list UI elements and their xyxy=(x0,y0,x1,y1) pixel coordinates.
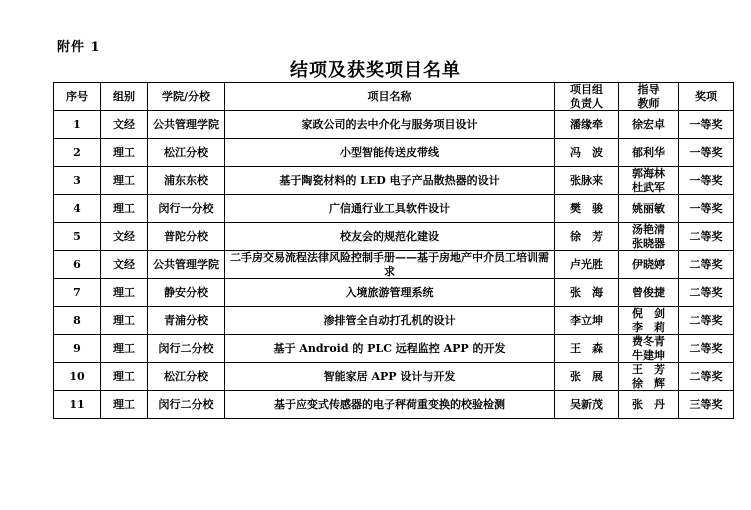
document-page: 附件 1 结项及获奖项目名单 序号 组别 学院/分校 项目名称 项目组 负责人 … xyxy=(0,0,751,510)
cell-school: 公共管理学院 xyxy=(148,251,225,279)
table-row: 7 理工 静安分校 入境旅游管理系统 张 海 曾俊捷 二等奖 xyxy=(54,279,734,307)
cell-serial-number: 3 xyxy=(54,167,101,195)
cell-advisor: 费冬青 牛建坤 xyxy=(619,335,679,363)
cell-project-name: 家政公司的去中介化与服务项目设计 xyxy=(225,111,555,139)
table-row: 3 理工 浦东东校 基于陶瓷材料的 LED 电子产品散热器的设计 张脉来 郭海林… xyxy=(54,167,734,195)
cell-leader: 徐 芳 xyxy=(555,223,619,251)
cell-project-name: 智能家居 APP 设计与开发 xyxy=(225,363,555,391)
cell-project-name: 基于应变式传感器的电子秤荷重变换的校验检测 xyxy=(225,391,555,419)
header-leader: 项目组 负责人 xyxy=(555,83,619,111)
cell-serial-number: 2 xyxy=(54,139,101,167)
cell-award: 一等奖 xyxy=(679,195,734,223)
header-no: 序号 xyxy=(54,83,101,111)
cell-school: 闵行二分校 xyxy=(148,335,225,363)
cell-group: 理工 xyxy=(101,167,148,195)
cell-group: 理工 xyxy=(101,363,148,391)
page-title: 结项及获奖项目名单 xyxy=(53,56,698,82)
cell-advisor: 王 芳 徐 辉 xyxy=(619,363,679,391)
cell-award: 一等奖 xyxy=(679,167,734,195)
cell-advisor: 姚丽敏 xyxy=(619,195,679,223)
cell-serial-number: 6 xyxy=(54,251,101,279)
cell-advisor: 伊晓婷 xyxy=(619,251,679,279)
cell-award: 二等奖 xyxy=(679,363,734,391)
cell-award: 一等奖 xyxy=(679,111,734,139)
table-row: 1 文经 公共管理学院 家政公司的去中介化与服务项目设计 潘缘牵 徐宏卓 一等奖 xyxy=(54,111,734,139)
cell-group: 理工 xyxy=(101,139,148,167)
cell-award: 二等奖 xyxy=(679,223,734,251)
cell-group: 理工 xyxy=(101,335,148,363)
cell-leader: 张 海 xyxy=(555,279,619,307)
cell-advisor: 徐宏卓 xyxy=(619,111,679,139)
cell-serial-number: 5 xyxy=(54,223,101,251)
cell-award: 二等奖 xyxy=(679,335,734,363)
cell-leader: 卢光胜 xyxy=(555,251,619,279)
cell-project-name: 二手房交易流程法律风险控制手册——基于房地产中介员工培训需求 xyxy=(225,251,555,279)
header-advisor: 指导 教师 xyxy=(619,83,679,111)
cell-project-name: 基于陶瓷材料的 LED 电子产品散热器的设计 xyxy=(225,167,555,195)
cell-school: 公共管理学院 xyxy=(148,111,225,139)
cell-award: 一等奖 xyxy=(679,139,734,167)
cell-serial-number: 1 xyxy=(54,111,101,139)
cell-leader: 潘缘牵 xyxy=(555,111,619,139)
cell-serial-number: 10 xyxy=(54,363,101,391)
cell-award: 二等奖 xyxy=(679,279,734,307)
cell-school: 闵行二分校 xyxy=(148,391,225,419)
attachment-label: 附件 1 xyxy=(57,36,101,55)
cell-group: 文经 xyxy=(101,111,148,139)
header-group: 组别 xyxy=(101,83,148,111)
cell-serial-number: 9 xyxy=(54,335,101,363)
cell-group: 理工 xyxy=(101,279,148,307)
cell-award: 二等奖 xyxy=(679,251,734,279)
cell-group: 文经 xyxy=(101,251,148,279)
header-school: 学院/分校 xyxy=(148,83,225,111)
cell-school: 静安分校 xyxy=(148,279,225,307)
header-project: 项目名称 xyxy=(225,83,555,111)
cell-project-name: 小型智能传送皮带线 xyxy=(225,139,555,167)
cell-leader: 李立坤 xyxy=(555,307,619,335)
cell-school: 松江分校 xyxy=(148,363,225,391)
cell-leader: 张脉来 xyxy=(555,167,619,195)
cell-project-name: 广信通行业工具软件设计 xyxy=(225,195,555,223)
cell-school: 松江分校 xyxy=(148,139,225,167)
table-row: 2 理工 松江分校 小型智能传送皮带线 冯 波 郁利华 一等奖 xyxy=(54,139,734,167)
cell-advisor: 郭海林 杜武军 xyxy=(619,167,679,195)
cell-school: 闵行一分校 xyxy=(148,195,225,223)
cell-serial-number: 11 xyxy=(54,391,101,419)
cell-group: 理工 xyxy=(101,391,148,419)
table-row: 6 文经 公共管理学院 二手房交易流程法律风险控制手册——基于房地产中介员工培训… xyxy=(54,251,734,279)
cell-advisor: 郁利华 xyxy=(619,139,679,167)
cell-award: 三等奖 xyxy=(679,391,734,419)
cell-advisor: 倪 剑 李 莉 xyxy=(619,307,679,335)
cell-school: 普陀分校 xyxy=(148,223,225,251)
cell-serial-number: 7 xyxy=(54,279,101,307)
cell-serial-number: 8 xyxy=(54,307,101,335)
cell-school: 青浦分校 xyxy=(148,307,225,335)
cell-serial-number: 4 xyxy=(54,195,101,223)
cell-group: 文经 xyxy=(101,223,148,251)
cell-leader: 樊 骏 xyxy=(555,195,619,223)
table-row: 4 理工 闵行一分校 广信通行业工具软件设计 樊 骏 姚丽敏 一等奖 xyxy=(54,195,734,223)
cell-award: 二等奖 xyxy=(679,307,734,335)
cell-project-name: 渗排管全自动打孔机的设计 xyxy=(225,307,555,335)
cell-advisor: 曾俊捷 xyxy=(619,279,679,307)
cell-group: 理工 xyxy=(101,307,148,335)
table-header-row: 序号 组别 学院/分校 项目名称 项目组 负责人 指导 教师 奖项 xyxy=(54,83,734,111)
table-row: 9 理工 闵行二分校 基于 Android 的 PLC 远程监控 APP 的开发… xyxy=(54,335,734,363)
cell-school: 浦东东校 xyxy=(148,167,225,195)
cell-leader: 王 森 xyxy=(555,335,619,363)
cell-project-name: 入境旅游管理系统 xyxy=(225,279,555,307)
table-row: 10 理工 松江分校 智能家居 APP 设计与开发 张 展 王 芳 徐 辉 二等… xyxy=(54,363,734,391)
cell-project-name: 基于 Android 的 PLC 远程监控 APP 的开发 xyxy=(225,335,555,363)
cell-leader: 吴新茂 xyxy=(555,391,619,419)
cell-leader: 冯 波 xyxy=(555,139,619,167)
cell-leader: 张 展 xyxy=(555,363,619,391)
cell-group: 理工 xyxy=(101,195,148,223)
projects-table: 序号 组别 学院/分校 项目名称 项目组 负责人 指导 教师 奖项 1 文经 公… xyxy=(53,82,734,419)
cell-project-name: 校友会的规范化建设 xyxy=(225,223,555,251)
table-row: 5 文经 普陀分校 校友会的规范化建设 徐 芳 汤艳清 张晓器 二等奖 xyxy=(54,223,734,251)
cell-advisor: 汤艳清 张晓器 xyxy=(619,223,679,251)
cell-advisor: 张 丹 xyxy=(619,391,679,419)
table-row: 8 理工 青浦分校 渗排管全自动打孔机的设计 李立坤 倪 剑 李 莉 二等奖 xyxy=(54,307,734,335)
header-award: 奖项 xyxy=(679,83,734,111)
table-row: 11 理工 闵行二分校 基于应变式传感器的电子秤荷重变换的校验检测 吴新茂 张 … xyxy=(54,391,734,419)
